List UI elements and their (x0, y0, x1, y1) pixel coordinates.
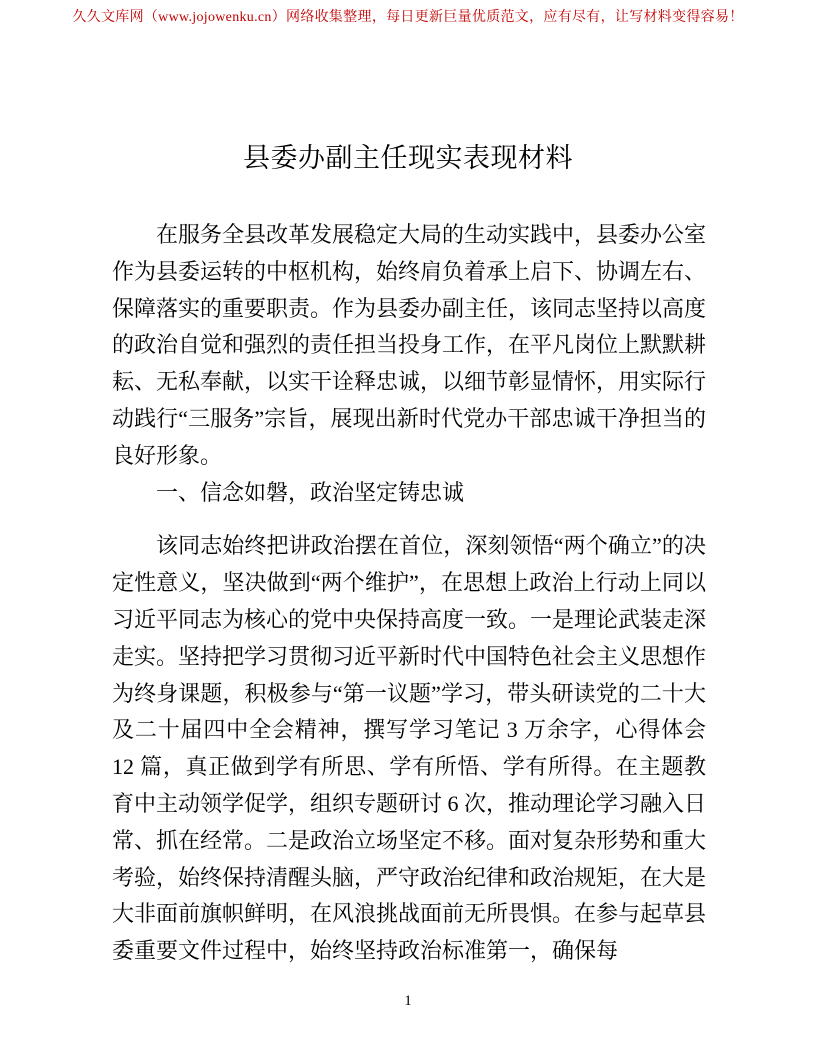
paragraph-intro: 在服务全县改革发展稳定大局的生动实践中，县委办公室作为县委运转的中枢机构，始终肩… (112, 217, 706, 475)
document-body: 在服务全县改革发展稳定大局的生动实践中，县委办公室作为县委运转的中枢机构，始终肩… (112, 217, 706, 970)
page-number: 1 (0, 993, 816, 1010)
paragraph-section-one: 该同志始终把讲政治摆在首位，深刻领悟“两个确立”的决定性意义，坚决做到“两个维护… (112, 528, 706, 970)
document-page: 久久文库网（www.jojowenku.cn）网络收集整理，每日更新巨量优质范文… (0, 0, 816, 1056)
watermark-header: 久久文库网（www.jojowenku.cn）网络收集整理，每日更新巨量优质范文… (0, 0, 816, 27)
section-heading: 一、信念如磐，政治坚定铸忠诚 (112, 475, 706, 512)
document-title: 县委办副主任现实表现材料 (0, 139, 816, 177)
